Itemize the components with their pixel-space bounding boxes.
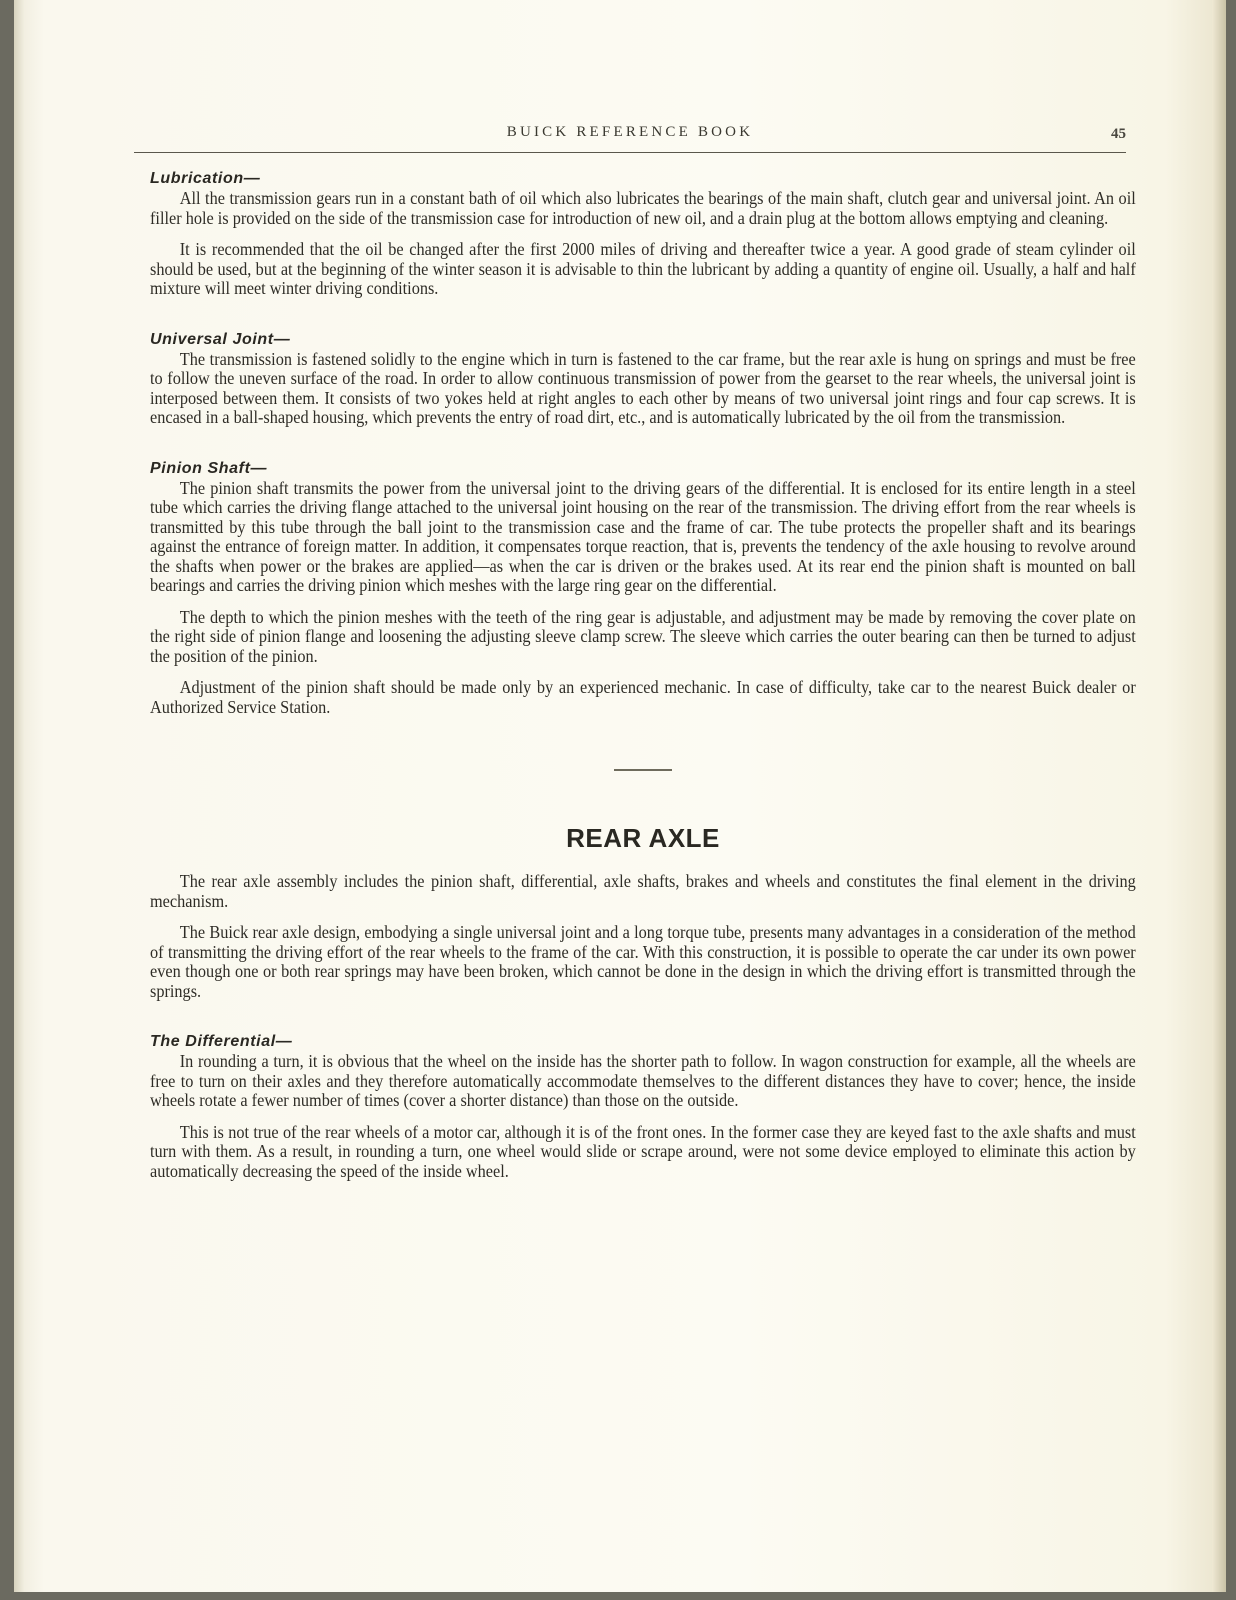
section-separator-rule [614,769,672,771]
page-content: Lubrication— All the transmission gears … [150,170,1136,1193]
paragraph: Adjustment of the pinion shaft should be… [150,678,1136,717]
header-rule [134,152,1126,153]
paragraph: It is recommended that the oil be change… [150,240,1136,299]
subheading-differential: The Differential— [150,1033,1136,1051]
paragraph: The transmission is fastened solidly to … [150,350,1136,428]
chapter-heading-rear-axle: REAR AXLE [150,823,1136,854]
paragraph: The depth to which the pinion meshes wit… [150,608,1136,667]
section-lubrication: Lubrication— All the transmission gears … [150,170,1136,299]
paragraph: The Buick rear axle design, embodying a … [150,923,1136,1001]
paragraph: In rounding a turn, it is obvious that t… [150,1052,1136,1111]
book-page: BUICK REFERENCE BOOK 45 Lubrication— All… [14,0,1226,1592]
paragraph: All the transmission gears run in a cons… [150,189,1136,228]
running-title: BUICK REFERENCE BOOK [134,124,1126,141]
running-header: BUICK REFERENCE BOOK 45 [134,124,1126,152]
section-pinion-shaft: Pinion Shaft— The pinion shaft transmits… [150,460,1136,718]
subheading-lubrication: Lubrication— [150,170,1136,188]
paragraph: This is not true of the rear wheels of a… [150,1123,1136,1182]
paragraph: The pinion shaft transmits the power fro… [150,479,1136,596]
subheading-universal-joint: Universal Joint— [150,331,1136,349]
section-rear-axle: REAR AXLE The rear axle assembly include… [150,823,1136,1001]
section-universal-joint: Universal Joint— The transmission is fas… [150,331,1136,428]
subheading-pinion-shaft: Pinion Shaft— [150,460,1136,478]
paragraph: The rear axle assembly includes the pini… [150,872,1136,911]
page-number: 45 [1111,126,1126,143]
section-differential: The Differential— In rounding a turn, it… [150,1033,1136,1181]
